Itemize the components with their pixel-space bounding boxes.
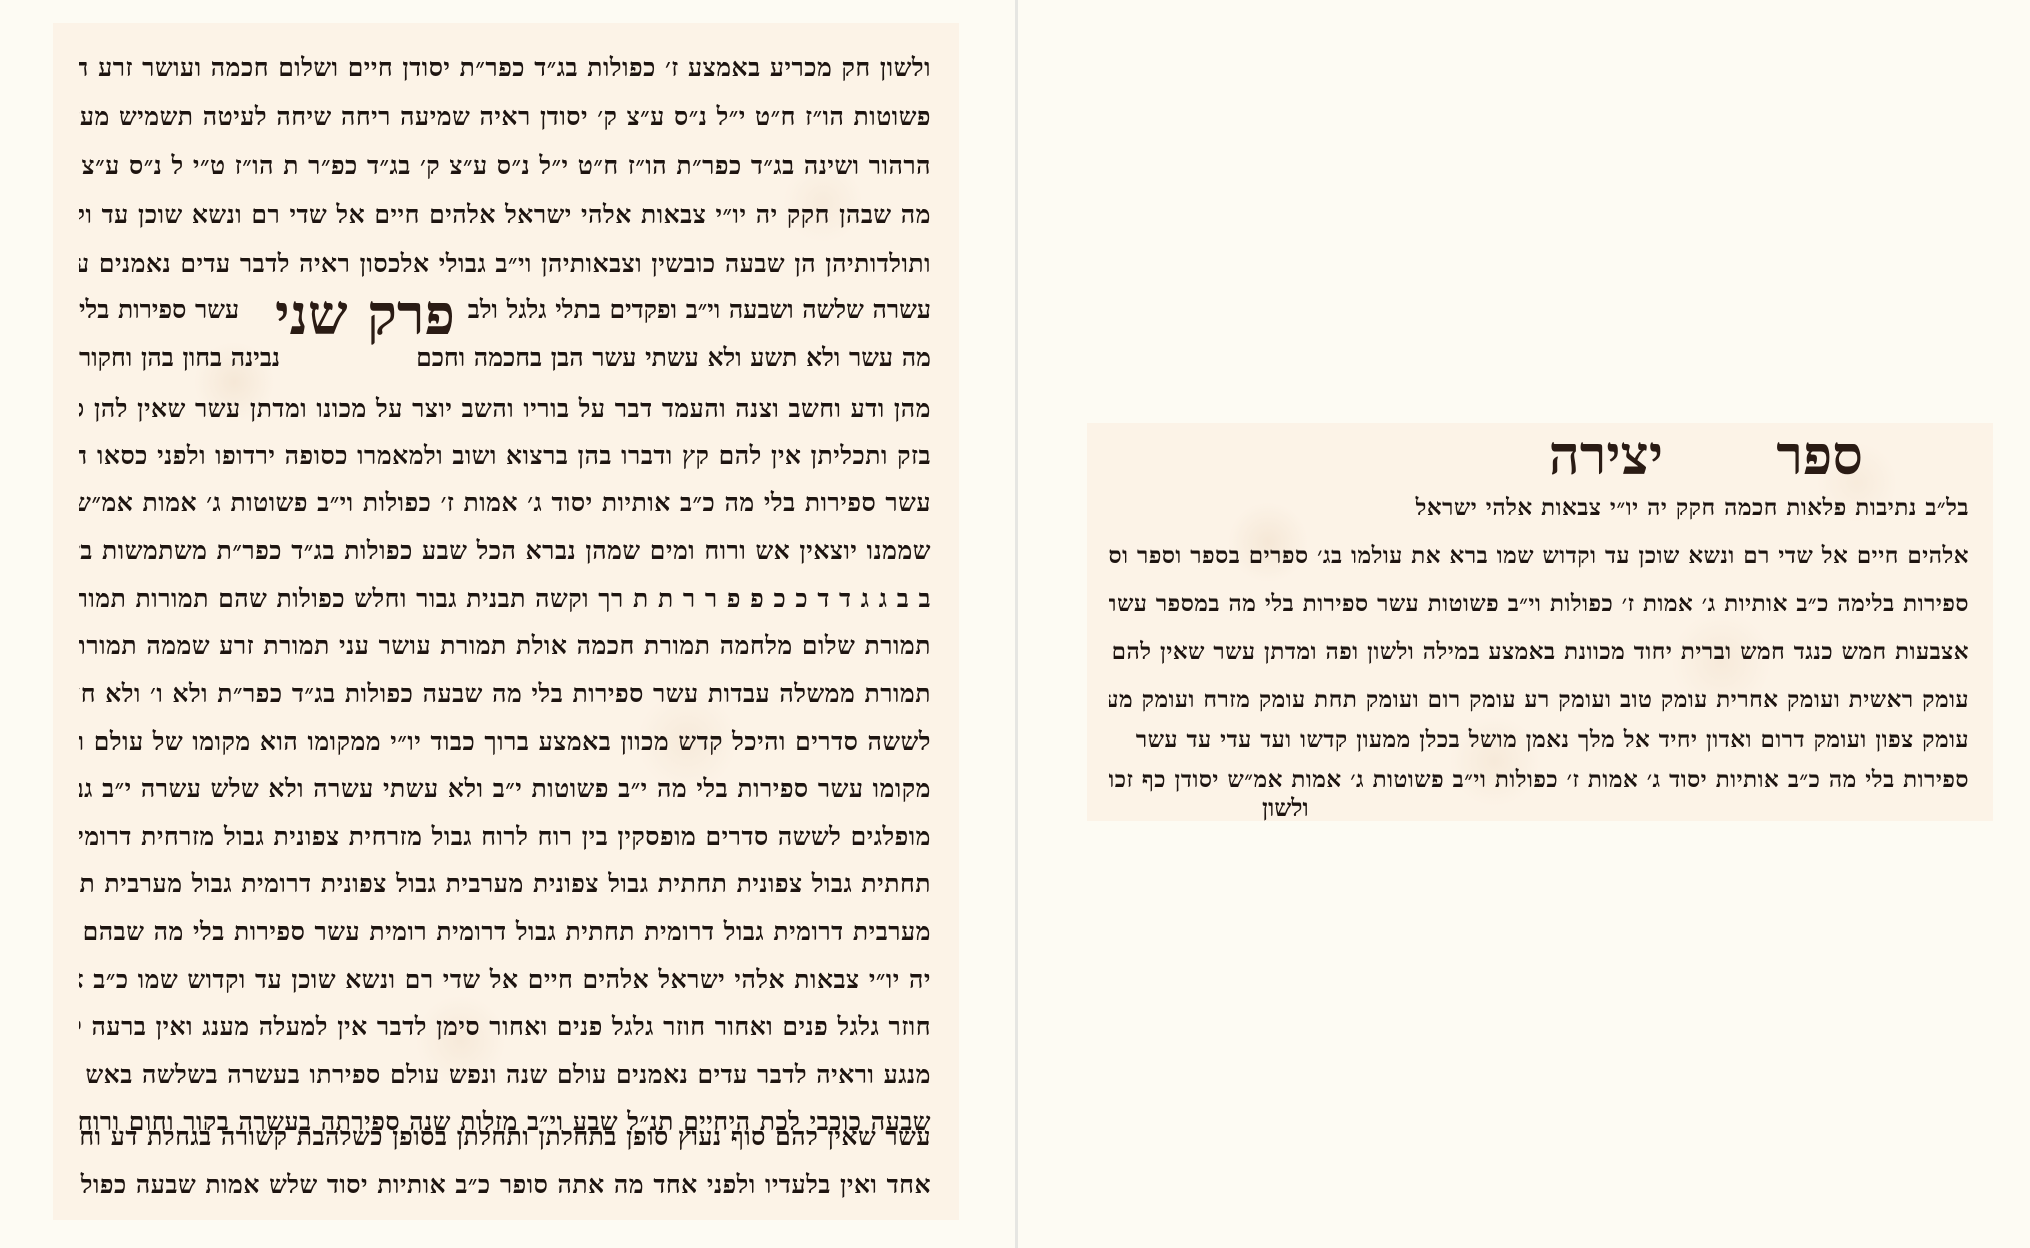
manuscript-line-segment: עשר ספירות בלי <box>79 295 239 325</box>
left-page-pane[interactable]: ולשון חק מכריע באמצע ז׳ כפולות בג״ד כפר״… <box>0 0 1015 1248</box>
catchword: ולשון <box>1262 793 1309 821</box>
manuscript-line-segment: עשרה שלשה ושבעה וי״ב ופקדים בתלי גלגל ול… <box>468 295 931 325</box>
manuscript-line: מנגע וראיה לדבר עדים נאמנים עולם שנה ונפ… <box>79 1060 931 1090</box>
manuscript-line: חוזר גלגל פנים ואחור חוזר גלגל פנים ואחו… <box>79 1012 931 1042</box>
manuscript-line: ותולדותיהן הן שבעה כובשין וצבאותיהן וי״ב… <box>79 249 931 279</box>
manuscript-line: אלהים חיים אל שדי רם ונשא שוכן עד וקדוש … <box>1109 541 1969 571</box>
manuscript-line: תמורת שלום מלחמה תמורת חכמה אולת תמורת ע… <box>79 631 931 661</box>
manuscript-line: ספירות בלימה כ״ב אותיות ג׳ אמות ז׳ כפולו… <box>1109 589 1969 619</box>
title-word-yetzirah: יצירה <box>1549 425 1663 485</box>
manuscript-line: ב ב ג ג ד ד כ כ פ פ ר ר ת ת רך וקשה תבני… <box>79 584 931 614</box>
manuscript-line: יה יו״י צבאות אלהי ישראל אלהים חיים אל ש… <box>79 965 931 995</box>
manuscript-line: עשר שאין להם סוף נעוץ סופן בתחלתן ותחלתן… <box>79 1130 931 1152</box>
manuscript-line: פשוטות הו״ז ח״ט י״ל נ״ס ע״צ ק׳ יסודן ראי… <box>79 102 931 132</box>
manuscript-page-right: ספר יצירה בל״ב נתיבות פלאות חכמה חקק יה … <box>1087 423 1993 821</box>
manuscript-line: עשר ספירות בלי מה כ״ב אותיות יסוד ג׳ אמו… <box>79 488 931 518</box>
manuscript-line: הרהור ושינה בג״ד כפר״ת הו״ז ח״ט י״ל נ״ס … <box>79 151 931 181</box>
manuscript-line: בל״ב נתיבות פלאות חכמה חקק יה יו״י צבאות… <box>1109 493 1969 523</box>
manuscript-line: תמורת ממשלה עבדות עשר ספירות בלי מה שבעה… <box>79 679 931 709</box>
manuscript-line: מהן ודע וחשב וצנה והעמד דבר על בוריו והש… <box>79 394 931 424</box>
manuscript-line: לששה סדרים והיכל קדש מכוון באמצע ברוך כב… <box>79 727 931 757</box>
manuscript-line: מקומו עשר ספירות בלי מה י״ב פשוטות י״ב ו… <box>79 774 931 804</box>
chapter-heading-two: פרק שני <box>275 285 455 345</box>
manuscript-line: אחד ואין בלעדיו ולפני אחד מה אתה סופר כ״… <box>79 1170 931 1200</box>
manuscript-line: מופלגים לששה סדרים מופסקין בין רוח לרוח … <box>79 822 931 852</box>
manuscript-line: מה שבהן חקק יה יו״י צבאות אלהי ישראל אלה… <box>79 200 931 230</box>
manuscript-line: תחתית גבול צפונית תחתית גבול צפונית מערב… <box>79 869 931 899</box>
manuscript-line: עומק צפון ועומק דרום ואדון יחיד אל מלך נ… <box>1109 725 1969 755</box>
manuscript-line: ספירות בלי מה כ״ב אותיות יסוד ג׳ אמות ז׳… <box>1109 765 1969 795</box>
manuscript-line: אצבעות חמש כנגד חמש וברית יחוד מכוונת בא… <box>1109 637 1969 667</box>
manuscript-page-left-lower: עשר שאין להם סוף נעוץ סופן בתחלתן ותחלתן… <box>53 1130 959 1220</box>
right-page-pane[interactable]: ספר יצירה בל״ב נתיבות פלאות חכמה חקק יה … <box>1018 0 2030 1248</box>
manuscript-line: מערבית דרומית גבול דרומית תחתית גבול דרו… <box>79 917 931 947</box>
manuscript-line-segment: מה עשר ולא תשע ולא עשתי עשר הבן בחכמה וח… <box>416 343 931 373</box>
manuscript-page-left: ולשון חק מכריע באמצע ז׳ כפולות בג״ד כפר״… <box>53 23 959 1220</box>
manuscript-line-segment: נבינה בחון בהן וחקור <box>79 343 280 373</box>
manuscript-line: שממנו יוצאין אש ורוח ומים שמהן נברא הכל … <box>79 536 931 566</box>
manuscript-line: עומק ראשית ועומק אחרית עומק טוב ועומק רע… <box>1109 685 1969 715</box>
manuscript-line: בזק ותכליתן אין להם קץ ודברו בהן ברצוא ו… <box>79 441 931 471</box>
title-word-sefer: ספר <box>1776 425 1863 485</box>
manuscript-line: ולשון חק מכריע באמצע ז׳ כפולות בג״ד כפר״… <box>79 53 931 83</box>
